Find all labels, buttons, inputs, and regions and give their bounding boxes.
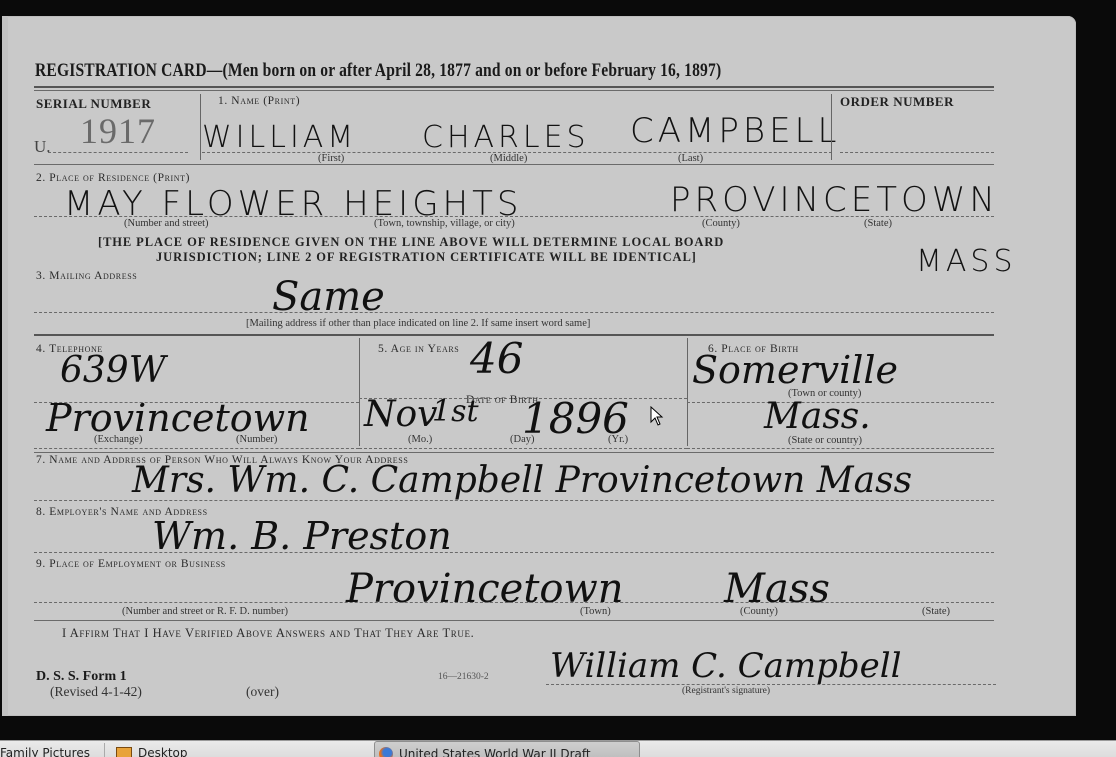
employment-caption-state: (State) [922,606,950,617]
birthplace-town-value: Somerville [692,348,898,392]
residence-caption-town: (Town, township, village, or city) [374,218,515,229]
dob-day-value: 1st [432,394,479,429]
telephone-line-2 [34,448,359,449]
mailing-line [34,312,994,313]
row-rule [34,452,994,453]
birthplace-line-2 [687,448,994,449]
form-id: D. S. S. Form 1 [36,669,127,685]
taskbar-item-family-pictures[interactable]: Family Pictures [0,741,100,757]
dob-caption-year: (Yr.) [608,434,628,445]
dob-caption-day: (Day) [510,434,535,445]
name-label: 1. Name (Print) [218,95,300,107]
title-rule-2 [34,90,994,91]
residence-town-value: PROVINCETOWN [670,180,999,220]
row-rule [34,620,994,621]
over-text: (over) [246,684,279,700]
serial-number-value: 1917 [80,110,156,152]
signature-line [546,684,996,685]
signature-caption: (Registrant's signature) [682,686,770,696]
card-title: REGISTRATION CARD—(Men born on or after … [35,60,721,82]
residence-line [34,216,994,217]
taskbar-label: United States World War II Draft [399,747,591,757]
mailing-caption: [Mailing address if other than place ind… [246,318,590,329]
telephone-number-value: 639W [60,350,166,391]
divider [687,338,688,446]
mailing-address-value: Same [272,274,385,320]
registration-card: REGISTRATION CARD—(Men born on or after … [2,16,1076,716]
name-middle-caption: (Middle) [490,153,527,164]
serial-line [48,152,188,153]
residence-label: 2. Place of Residence (Print) [36,172,190,184]
dob-line [359,448,687,449]
order-line [840,152,994,153]
mailing-address-label: 3. Mailing Address [36,270,137,282]
age-value: 46 [470,334,523,383]
row-rule [34,164,994,165]
name-first-caption: (First) [318,153,344,164]
name-first-value: WILLIAM [202,120,357,155]
taskbar-label: Family Pictures [0,746,90,757]
taskbar-separator [104,743,105,757]
birthplace-caption-state: (State or country) [788,435,862,446]
taskbar-item-firefox-draft[interactable]: United States World War II Draft [374,741,640,757]
residence-state-value: MASS [916,244,1017,279]
folder-icon [116,747,132,757]
print-code: 16—21630-2 [438,672,489,682]
name-last-value: CAMPBELL [630,111,840,151]
residence-caption-county: (County) [702,218,740,229]
residence-caption-street: (Number and street) [124,218,209,229]
registrant-signature: William C. Campbell [550,646,902,686]
residence-note-line1: [THE PLACE OF RESIDENCE GIVEN ON THE LIN… [98,235,724,250]
order-number-label: ORDER NUMBER [840,94,954,110]
mouse-cursor-icon [650,406,664,426]
dob-month-value: Nov [364,394,438,435]
employment-caption-county: (County) [740,606,778,617]
taskbar: Family Pictures Desktop United States Wo… [0,740,1116,757]
telephone-caption-number: (Number) [236,434,277,445]
birthplace-state-value: Mass. [764,396,871,437]
affirmation-text: I Affirm That I Have Verified Above Answ… [62,626,474,641]
employment-label: 9. Place of Employment or Business [36,558,226,570]
divider [359,338,360,446]
residence-caption-state: (State) [864,218,892,229]
card-left-edge [2,16,8,716]
dob-caption-month: (Mo.) [408,434,432,445]
name-middle-value: CHARLES [422,120,590,155]
residence-note-line2: JURISDICTION; LINE 2 OF REGISTRATION CER… [156,250,697,265]
contact-line [34,500,994,501]
taskbar-item-desktop[interactable]: Desktop [112,741,366,757]
firefox-icon [379,747,393,757]
title-rule [34,86,994,88]
employment-caption-town: (Town) [580,606,611,617]
divider [831,94,832,160]
form-revised: (Revised 4-1-42) [50,684,142,700]
taskbar-label: Desktop [138,746,188,757]
employment-line [34,602,994,603]
telephone-caption-exchange: (Exchange) [94,434,142,445]
serial-prefix: U. [34,137,51,157]
employment-caption-street: (Number and street or R. F. D. number) [122,606,288,617]
contact-value: Mrs. Wm. C. Campbell Provincetown Mass [132,460,912,501]
name-last-caption: (Last) [678,153,703,164]
employer-line [34,552,994,553]
divider [200,94,201,160]
age-label: 5. Age in Years [378,343,459,355]
